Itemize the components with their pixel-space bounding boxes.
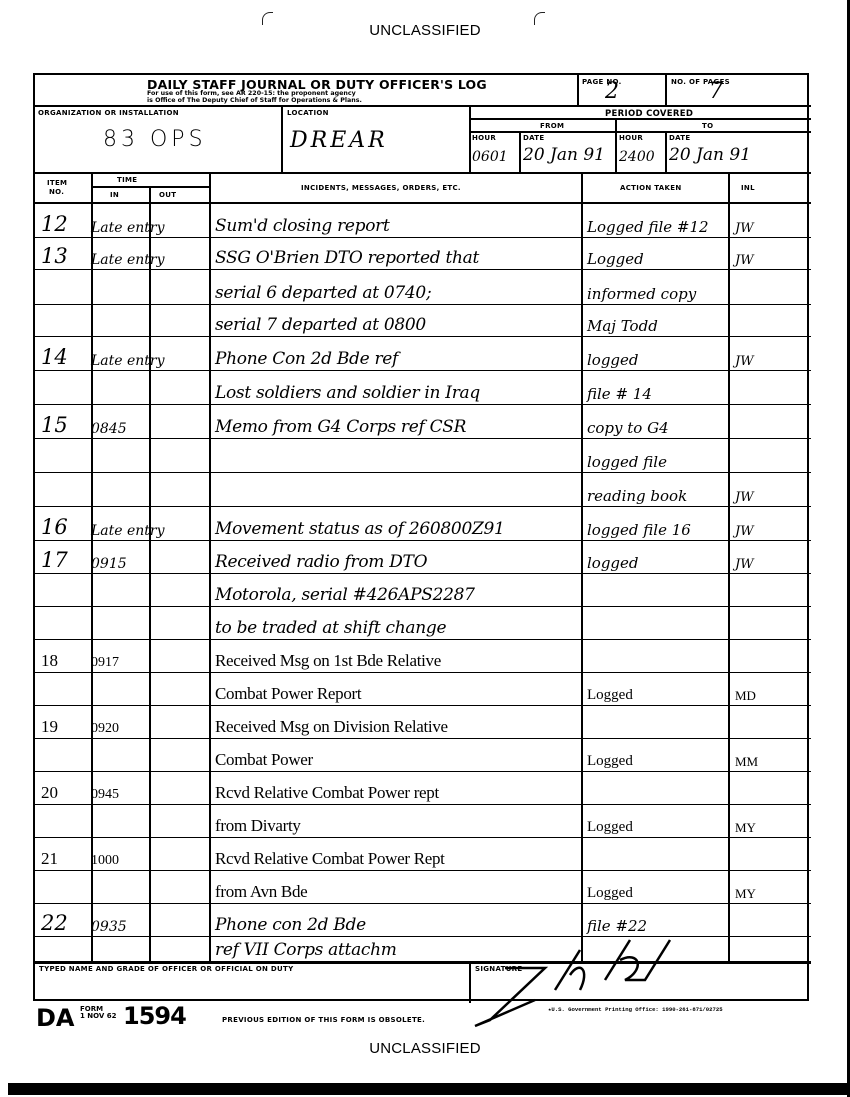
initials: MM (735, 754, 758, 770)
initials: JW (735, 490, 754, 505)
col-time-in-label: IN (110, 191, 119, 199)
time-in: 0915 (91, 556, 127, 572)
incident-text: SSG O'Brien DTO reported that (215, 248, 479, 268)
col-time-out-label: OUT (159, 191, 176, 199)
table-row: Combat Power ReportLoggedMD (35, 673, 811, 706)
initials: JW (735, 557, 754, 572)
time-in: 0920 (91, 721, 119, 737)
initials: MD (735, 688, 756, 704)
initials: JW (735, 354, 754, 369)
action-taken: logged file (587, 453, 667, 471)
incident-text: Phone Con 2d Bde ref (215, 349, 398, 369)
item-no: 19 (41, 717, 58, 737)
col-item-label-2: NO. (49, 188, 64, 196)
time-in: Late entry (91, 353, 165, 369)
time-in: 1000 (91, 853, 119, 869)
incident-text: Sum'd closing report (215, 216, 390, 236)
incident-text: Received radio from DTO (215, 552, 427, 572)
divider (615, 118, 617, 172)
action-taken: Logged (587, 819, 633, 836)
table-row: serial 6 departed at 0740;informed copy (35, 270, 811, 305)
time-in: 0845 (91, 421, 127, 437)
item-no: 14 (41, 345, 68, 369)
divider (519, 131, 521, 172)
divider (665, 131, 667, 172)
time-in: 0917 (91, 655, 119, 671)
item-no: 18 (41, 651, 58, 671)
from-label: FROM (540, 122, 564, 130)
classification-bottom: UNCLASSIFIED (0, 1040, 850, 1057)
page-no-value: 2 (605, 79, 619, 104)
table-row: from DivartyLoggedMY (35, 805, 811, 838)
divider (281, 105, 283, 172)
incident-text: from Divarty (215, 816, 301, 836)
incident-text: Combat Power (215, 750, 313, 770)
from-hour-label: HOUR (472, 134, 496, 142)
table-row: 16Late entryMovement status as of 260800… (35, 507, 811, 541)
incident-text: Combat Power Report (215, 684, 361, 704)
form-subtitle-2: is Office of The Deputy Chief of Staff f… (147, 98, 362, 105)
divider (577, 75, 579, 105)
org-value: 83 OPS (103, 127, 207, 152)
action-taken: logged file 16 (587, 521, 691, 539)
scan-edge-bar (8, 1083, 850, 1095)
table-row: 150845Memo from G4 Corps ref CSRcopy to … (35, 405, 811, 439)
footer-form-number: 1594 (123, 1002, 186, 1030)
incident-text: Motorola, serial #426APS2287 (215, 585, 475, 605)
action-taken: Logged file #12 (587, 218, 709, 236)
table-row: Lost soldiers and soldier in Iraqfile # … (35, 371, 811, 405)
table-row: 12Late entrySum'd closing reportLogged f… (35, 202, 811, 238)
table-row: logged file (35, 439, 811, 473)
no-of-pages-value: 7 (709, 79, 723, 104)
incident-text: from Avn Bde (215, 882, 307, 902)
table-row: from Avn BdeLoggedMY (35, 871, 811, 904)
action-taken: reading book (587, 487, 687, 505)
time-in: 0935 (91, 919, 127, 935)
to-date-value: 20 Jan 91 (669, 145, 751, 165)
incident-text: Received Msg on 1st Bde Relative (215, 651, 441, 671)
time-in: Late entry (91, 523, 165, 539)
footer-form-label: FORM 1 NOV 62 (80, 1006, 117, 1020)
daily-staff-journal-form: DAILY STAFF JOURNAL OR DUTY OFFICER'S LO… (33, 73, 809, 1001)
time-in: Late entry (91, 220, 165, 236)
col-item-label-1: ITEM (47, 179, 67, 187)
time-in: Late entry (91, 252, 165, 268)
table-row: 190920Received Msg on Division Relative (35, 706, 811, 739)
table-row: 200945Rcvd Relative Combat Power rept (35, 772, 811, 805)
incident-text: Rcvd Relative Combat Power rept (215, 783, 439, 803)
from-date-label: DATE (523, 134, 544, 142)
incident-text: serial 7 departed at 0800 (215, 315, 426, 335)
from-hour-value: 0601 (472, 149, 508, 165)
col-time-label: TIME (117, 176, 137, 184)
incident-text: Phone con 2d Bde (215, 915, 366, 935)
table-row: 211000Rcvd Relative Combat Power Rept (35, 838, 811, 871)
typed-name-label: TYPED NAME AND GRADE OF OFFICER OR OFFIC… (39, 965, 293, 973)
action-taken: copy to G4 (587, 419, 669, 437)
action-taken: Logged (587, 885, 633, 902)
action-taken: Logged (587, 687, 633, 704)
incident-text: Memo from G4 Corps ref CSR (215, 417, 466, 437)
from-date-value: 20 Jan 91 (523, 145, 605, 165)
item-no: 13 (41, 244, 68, 268)
incident-text: serial 6 departed at 0740; (215, 283, 431, 303)
action-taken: informed copy (587, 285, 696, 303)
footer-gpo-notice: ★U.S. Government Printing Office: 1990-2… (548, 1006, 723, 1013)
to-date-label: DATE (669, 134, 690, 142)
incident-text: Lost soldiers and soldier in Iraq (215, 383, 480, 403)
action-taken: file # 14 (587, 385, 652, 403)
divider (469, 105, 471, 172)
col-incidents-label: INCIDENTS, MESSAGES, ORDERS, ETC. (301, 184, 461, 192)
to-label: TO (702, 122, 713, 130)
table-row: 14Late entryPhone Con 2d Bde refloggedJW (35, 337, 811, 371)
table-row: Combat PowerLoggedMM (35, 739, 811, 772)
initials: MY (735, 820, 756, 836)
action-taken: logged (587, 554, 639, 572)
col-inl-label: INL (741, 184, 755, 192)
action-taken: Maj Todd (587, 317, 658, 335)
table-row: serial 7 departed at 0800Maj Todd (35, 305, 811, 337)
initials: MY (735, 886, 756, 902)
divider (35, 172, 811, 174)
incident-text: to be traded at shift change (215, 618, 446, 638)
divider (665, 75, 667, 105)
signature-scrawl-icon (430, 930, 730, 1030)
initials: JW (735, 524, 754, 539)
item-no: 20 (41, 783, 58, 803)
incident-text: Received Msg on Division Relative (215, 717, 448, 737)
col-action-label: ACTION TAKEN (620, 184, 682, 192)
table-row: reading bookJW (35, 473, 811, 507)
to-hour-value: 2400 (619, 149, 655, 165)
location-label: LOCATION (287, 109, 329, 117)
table-row: Motorola, serial #426APS2287 (35, 574, 811, 607)
incident-text: Rcvd Relative Combat Power Rept (215, 849, 445, 869)
incident-text: ref VII Corps attachm (215, 940, 397, 960)
item-no: 12 (41, 212, 68, 236)
item-no: 22 (41, 911, 68, 935)
to-hour-label: HOUR (619, 134, 643, 142)
divider (469, 118, 811, 120)
incident-text: Movement status as of 260800Z91 (215, 519, 505, 539)
table-row: to be traded at shift change (35, 607, 811, 640)
action-taken: Logged (587, 250, 644, 268)
footer-da: DA (36, 1004, 75, 1032)
item-no: 17 (41, 548, 68, 572)
item-no: 21 (41, 849, 58, 869)
footer-previous-edition: PREVIOUS EDITION OF THIS FORM IS OBSOLET… (222, 1016, 425, 1024)
table-row: 13Late entrySSG O'Brien DTO reported tha… (35, 238, 811, 270)
table-row: 170915Received radio from DTOloggedJW (35, 541, 811, 574)
divider (35, 105, 811, 107)
location-value: DREAR (290, 128, 388, 153)
table-row: 180917Received Msg on 1st Bde Relative (35, 640, 811, 673)
item-no: 15 (41, 413, 68, 437)
action-taken: logged (587, 351, 639, 369)
org-label: ORGANIZATION OR INSTALLATION (38, 109, 179, 117)
time-in: 0945 (91, 787, 119, 803)
initials: JW (735, 253, 754, 268)
classification-top: UNCLASSIFIED (0, 22, 850, 39)
item-no: 16 (41, 515, 68, 539)
action-taken: Logged (587, 753, 633, 770)
initials: JW (735, 221, 754, 236)
footer-form-label-2: 1 NOV 62 (80, 1013, 117, 1020)
